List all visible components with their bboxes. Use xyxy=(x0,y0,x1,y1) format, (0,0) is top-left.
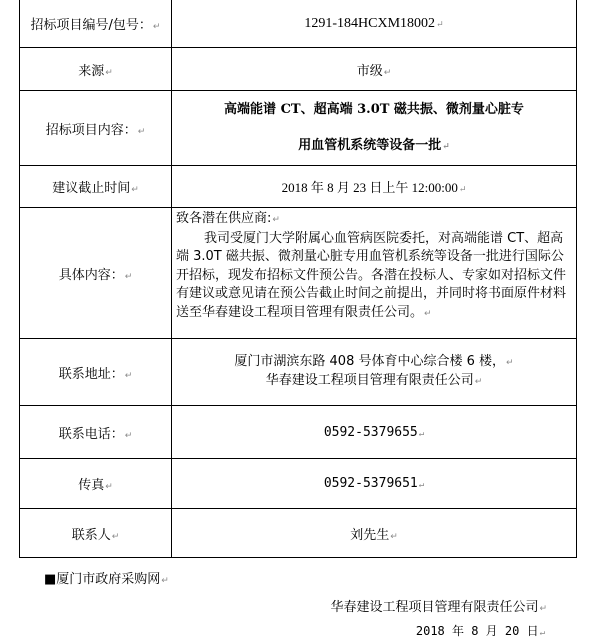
footer-date: 2018 年 8 月 20 日↵ xyxy=(416,622,545,639)
label-project-content: 招标项目内容：↵ xyxy=(20,91,172,166)
value-fax: 0592-5379651↵ xyxy=(172,459,577,509)
value-project-number: 1291-184HCXM18002↵ xyxy=(172,0,577,48)
row-phone: 联系电话：↵ 0592-5379655↵ xyxy=(20,406,577,459)
label-deadline: 建议截止时间↵ xyxy=(20,166,172,208)
label-fax: 传真↵ xyxy=(20,459,172,509)
footer-source: ■厦门市政府采购网↵ xyxy=(44,568,169,587)
label-contact: 联系人↵ xyxy=(20,509,172,558)
row-project-content: 招标项目内容：↵ 高端能谱 CT、超高端 3.0T 磁共振、微剂量心脏专 用血管… xyxy=(20,91,577,166)
label-source: 来源↵ xyxy=(20,48,172,91)
value-address: 厦门市湖滨东路 408 号体育中心综合楼 6 楼，↵ 华春建设工程项目管理有限责… xyxy=(172,339,577,406)
row-deadline: 建议截止时间↵ 2018 年 8 月 23 日上午 12:00:00↵ xyxy=(20,166,577,208)
label-details: 具体内容：↵ xyxy=(20,208,172,339)
row-contact: 联系人↵ 刘先生↵ xyxy=(20,509,577,558)
row-details: 具体内容：↵ 致各潜在供应商:↵ 我司受厦门大学附属心血管病医院委托，对高端能谱… xyxy=(20,208,577,339)
tender-info-table: 招标项目编号/包号：↵ 1291-184HCXM18002↵ 来源↵ 市级↵ 招… xyxy=(19,0,577,558)
details-paragraph: 我司受厦门大学附属心血管病医院委托，对高端能谱 CT、超高端 3.0T 磁共振、… xyxy=(176,231,566,320)
address-line2: 华春建设工程项目管理有限责任公司 xyxy=(266,373,474,388)
row-fax: 传真↵ 0592-5379651↵ xyxy=(20,459,577,509)
project-content-line1: 高端能谱 CT、超高端 3.0T 磁共振、微剂量心脏专 xyxy=(172,92,576,128)
row-project-number: 招标项目编号/包号：↵ 1291-184HCXM18002↵ xyxy=(20,0,577,48)
label-phone: 联系电话：↵ xyxy=(20,406,172,459)
row-source: 来源↵ 市级↵ xyxy=(20,48,577,91)
value-contact: 刘先生↵ xyxy=(172,509,577,558)
value-phone: 0592-5379655↵ xyxy=(172,406,577,459)
value-deadline: 2018 年 8 月 23 日上午 12:00:00↵ xyxy=(172,166,577,208)
details-greeting: 致各潜在供应商: xyxy=(176,211,271,226)
address-line1: 厦门市湖滨东路 408 号体育中心综合楼 6 楼， xyxy=(234,354,505,369)
value-project-content: 高端能谱 CT、超高端 3.0T 磁共振、微剂量心脏专 用血管机系统等设备一批↵ xyxy=(172,91,577,166)
label-project-number: 招标项目编号/包号：↵ xyxy=(20,0,172,48)
value-source: 市级↵ xyxy=(172,48,577,91)
row-address: 联系地址：↵ 厦门市湖滨东路 408 号体育中心综合楼 6 楼，↵ 华春建设工程… xyxy=(20,339,577,406)
label-address: 联系地址：↵ xyxy=(20,339,172,406)
value-details: 致各潜在供应商:↵ 我司受厦门大学附属心血管病医院委托，对高端能谱 CT、超高端… xyxy=(172,208,577,339)
project-content-line2: 用血管机系统等设备一批 xyxy=(298,138,441,153)
footer-company: 华春建设工程项目管理有限责任公司↵ xyxy=(330,596,547,615)
